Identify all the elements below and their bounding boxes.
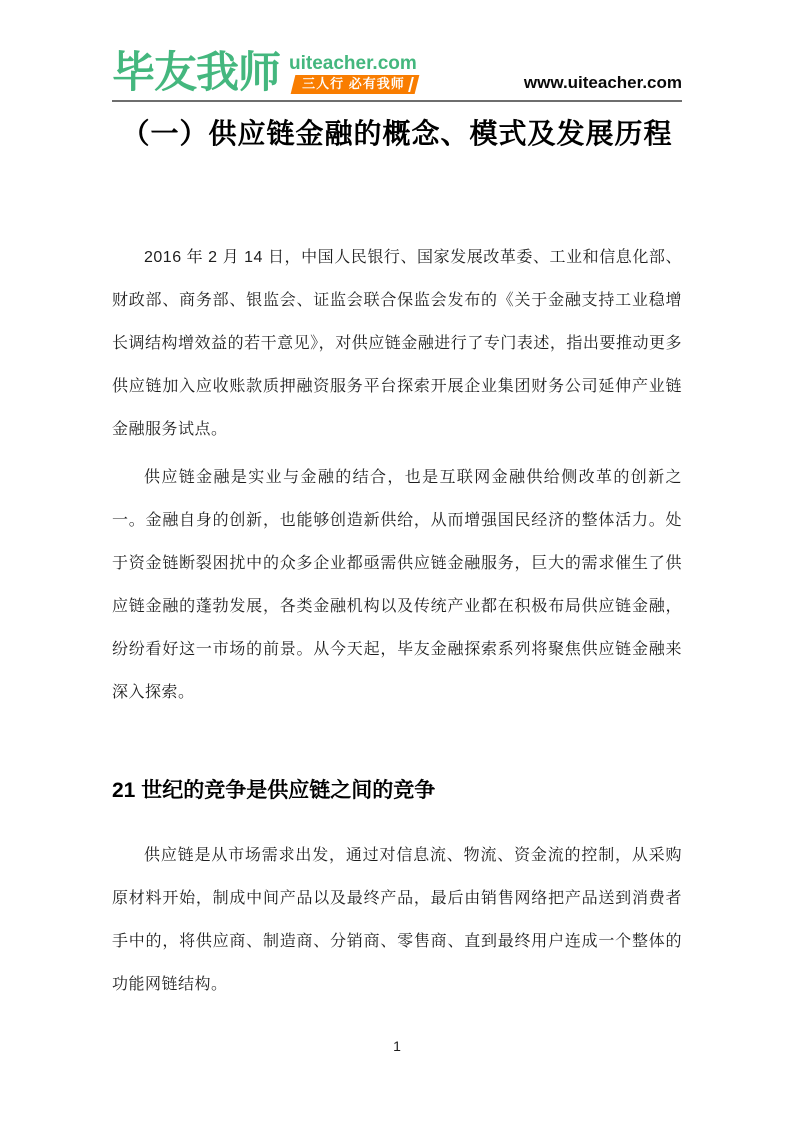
- paragraph: 供应链金融是实业与金融的结合，也是互联网金融供给侧改革的创新之一。金融自身的创新…: [112, 456, 682, 714]
- brand-domain-text: uiteacher.com: [289, 54, 417, 74]
- section-heading: 21 世纪的竞争是供应链之间的竞争: [112, 776, 682, 806]
- document-page: 毕友我师 uiteacher.com 三人行 必有我师 www.uiteache…: [0, 0, 794, 1123]
- brand-logo: 毕友我师 uiteacher.com 三人行 必有我师: [112, 52, 417, 94]
- paragraph: 供应链是从市场需求出发，通过对信息流、物流、资金流的控制，从采购原材料开始，制成…: [112, 834, 682, 1006]
- paragraph: 2016 年 2 月 14 日，中国人民银行、国家发展改革委、工业和信息化部、财…: [112, 236, 682, 451]
- document-title: （一）供应链金融的概念、模式及发展历程: [112, 116, 682, 152]
- page-header: 毕友我师 uiteacher.com 三人行 必有我师 www.uiteache…: [112, 0, 682, 102]
- page-number: 1: [0, 1038, 794, 1054]
- brand-slogan-badge: 三人行 必有我师: [291, 75, 419, 94]
- brand-logo-text: 毕友我师: [112, 52, 280, 94]
- brand-slogan-label: 三人行 必有我师: [302, 76, 405, 92]
- document-body: 2016 年 2 月 14 日，中国人民银行、国家发展改革委、工业和信息化部、财…: [112, 236, 682, 1006]
- brand-logo-side: uiteacher.com 三人行 必有我师: [289, 52, 417, 94]
- website-url: www.uiteacher.com: [524, 74, 682, 94]
